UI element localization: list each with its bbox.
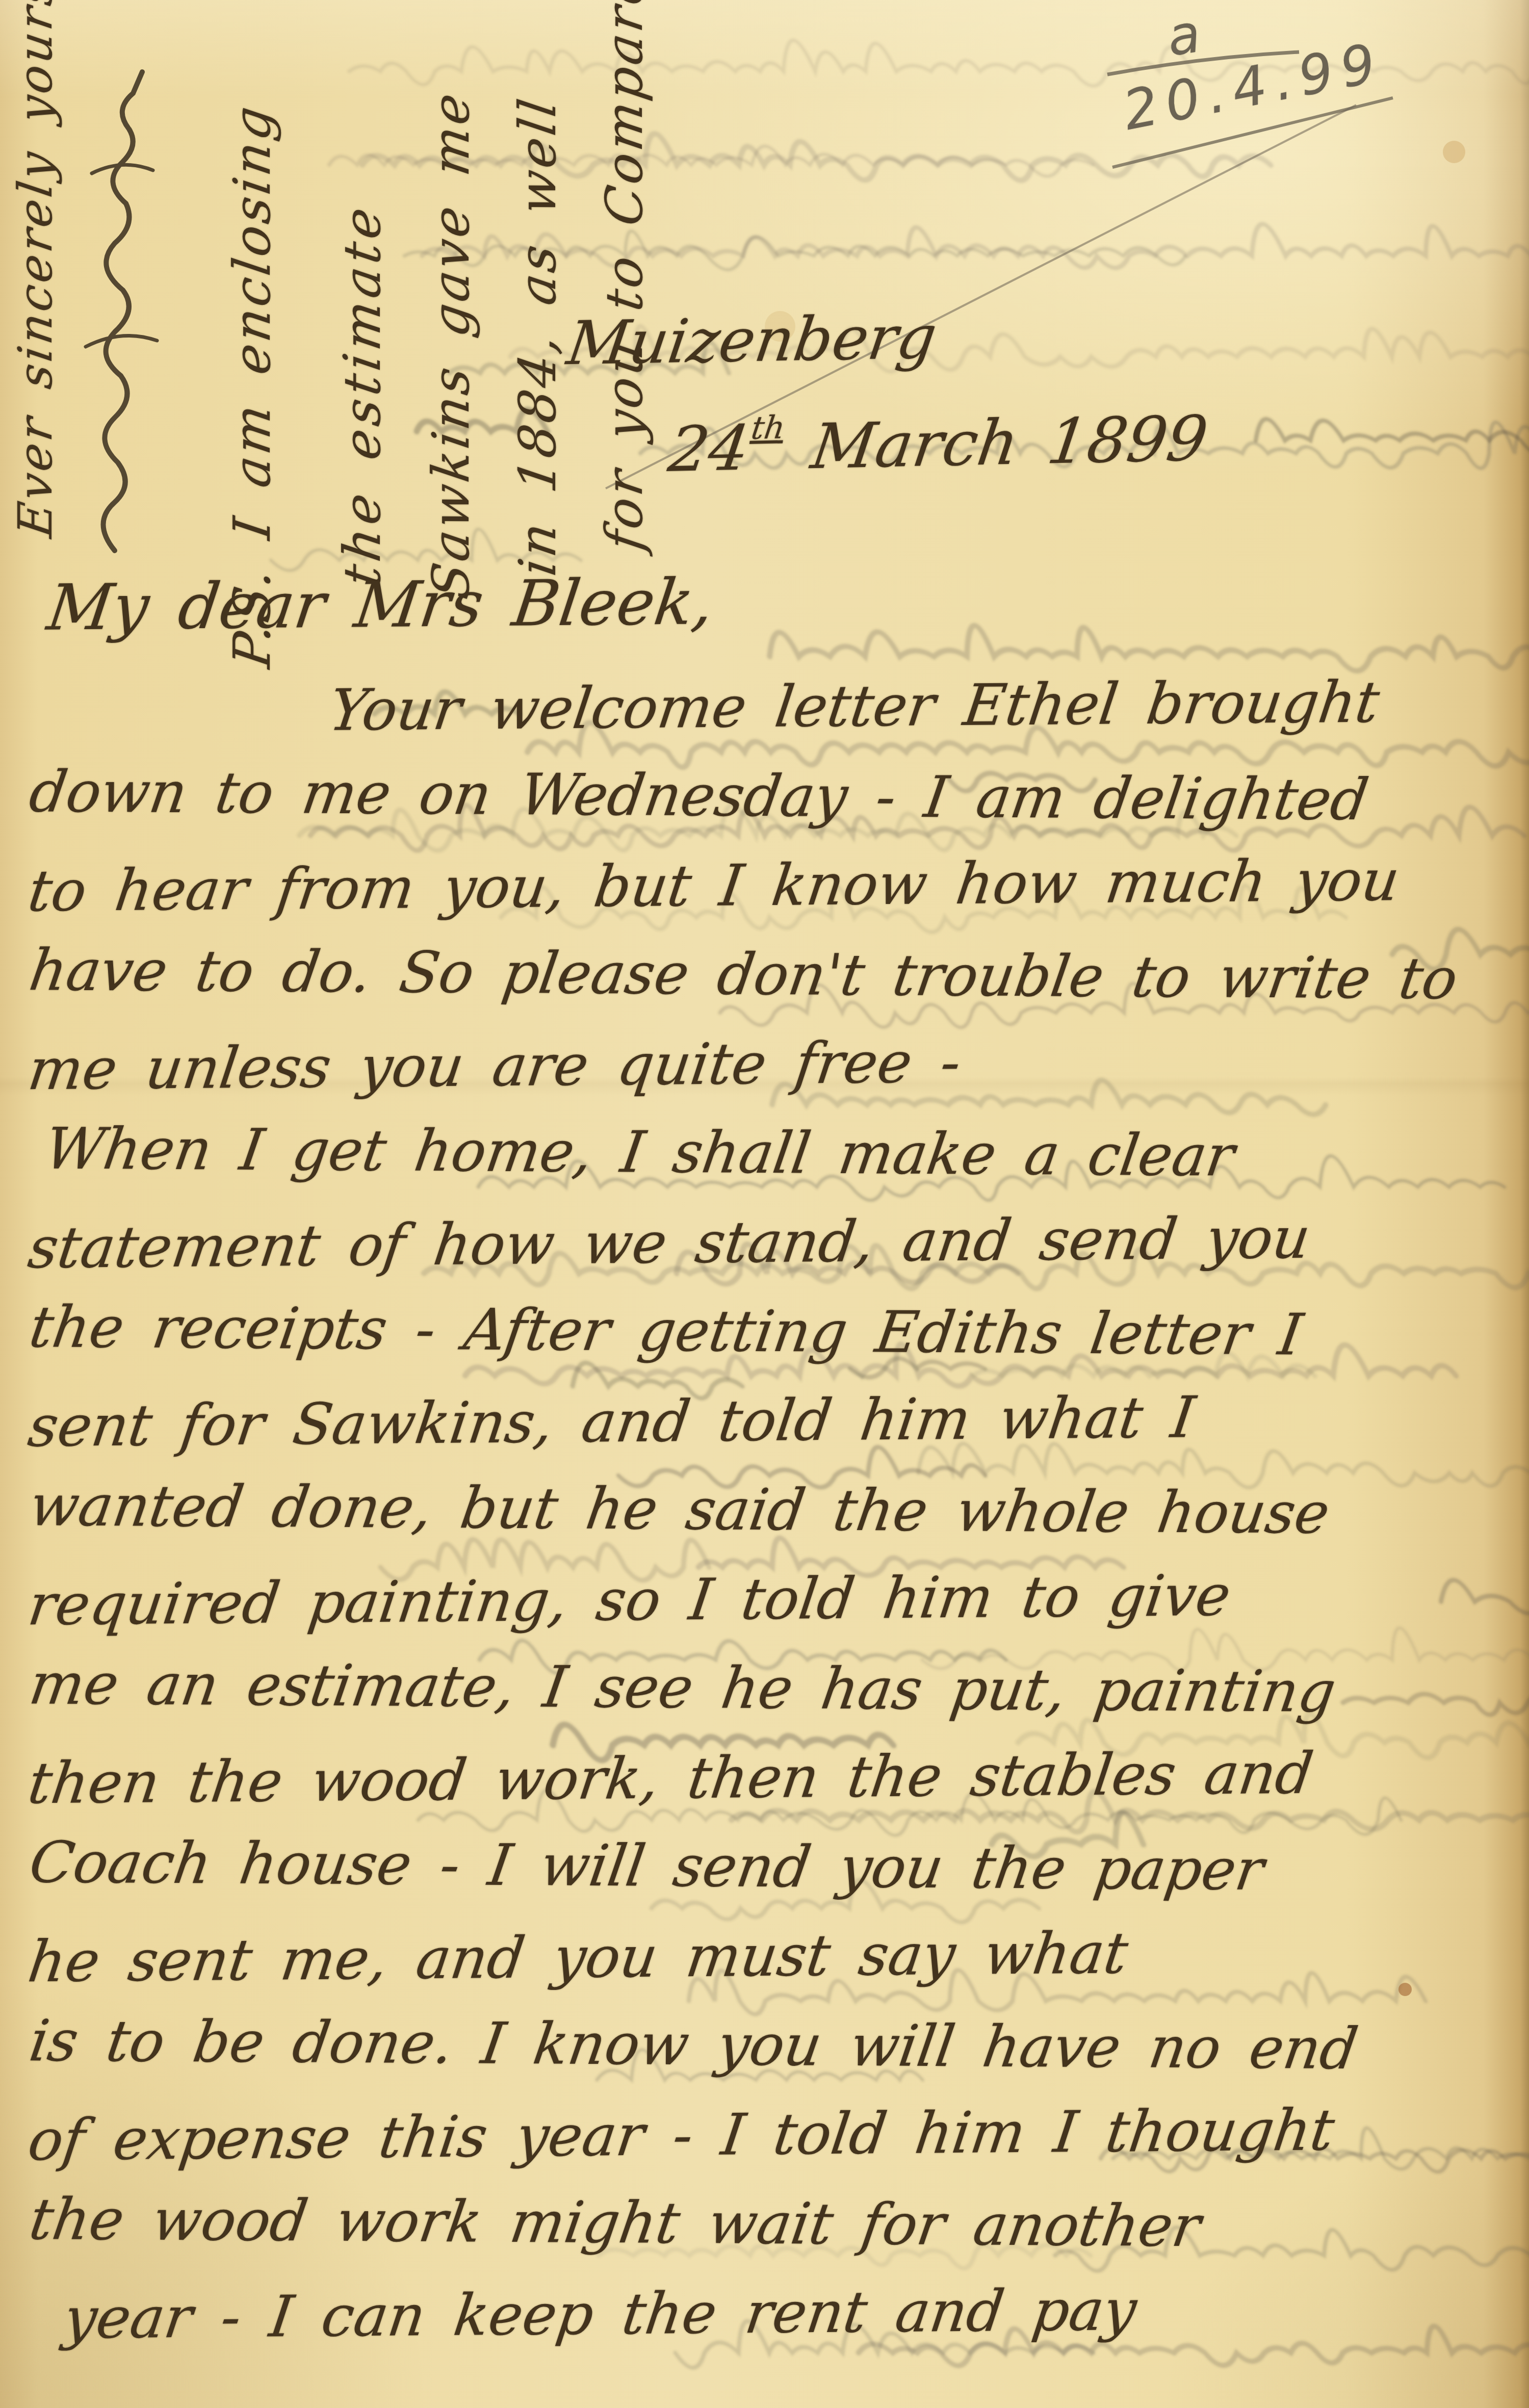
dateline-date: 24th March 1899 (664, 400, 1212, 486)
bleedthrough-mark (1252, 419, 1529, 453)
body-line: the receipts - After getting Ediths lett… (0, 1283, 1529, 1381)
body-line: me unless you are quite free - (0, 1014, 1529, 1115)
body-line: me an estimate, I see he has put, painti… (0, 1640, 1529, 1738)
body-line: he sent me, and you must say what (0, 1906, 1529, 2007)
postscript-col-5: for you to Compare (594, 0, 654, 554)
postscript-col-3: Sawkins gave me (421, 87, 481, 602)
dateline-ordinal: th (749, 408, 787, 446)
letter-body: Your welcome letter Ethel brought down t… (0, 663, 1529, 2358)
salutation: My dear Mrs Bleek, (43, 565, 718, 644)
body-line: sent for Sawkins, and told him what I (0, 1370, 1529, 1472)
body-line: have to do. So please don't trouble to w… (0, 926, 1529, 1024)
dateline-day: 24 (664, 412, 754, 486)
letter-page: a 20.4.99 Ever sincerely yours P.S. I am… (0, 0, 1529, 2408)
body-line: is to be done. I know you will have no e… (0, 1997, 1529, 2095)
postscript-col-4: in 1884, as well (508, 93, 567, 579)
body-line: wanted done, but he said the whole house (0, 1461, 1529, 1560)
body-line: required painting, so I told him to give (0, 1549, 1529, 1650)
signature-scrawl (61, 20, 194, 591)
body-line: of expense this year - I told him I thou… (0, 2084, 1529, 2186)
bleedthrough-line (416, 224, 1529, 268)
dateline-month-year: March 1899 (807, 402, 1212, 483)
postscript-col-2: the estimate (332, 200, 392, 589)
dateline-place: Muizenberg (563, 302, 941, 379)
body-line: Your welcome letter Ethel brought (0, 657, 1529, 758)
body-line: Coach house - I will send you the paper (0, 1818, 1529, 1917)
paper-stain (1443, 141, 1465, 163)
body-line: down to me on Wednesday - I am delighted (0, 747, 1529, 846)
body-line: year - I can keep the rent and pay (0, 2263, 1529, 2364)
body-line: then the wood work, then the stables and (0, 1727, 1529, 1829)
annotation-date: 20.4.99 (1118, 31, 1389, 142)
body-line: the wood work might wait for another (0, 2175, 1529, 2273)
body-line: statement of how we stand, and send you (0, 1192, 1529, 1293)
body-line: When I get home, I shall make a clear (0, 1104, 1529, 1203)
annotation-letter: a (1163, 2, 1204, 68)
body-line: to hear from you, but I know how much yo… (0, 835, 1529, 937)
closing-line: Ever sincerely yours (8, 0, 63, 540)
